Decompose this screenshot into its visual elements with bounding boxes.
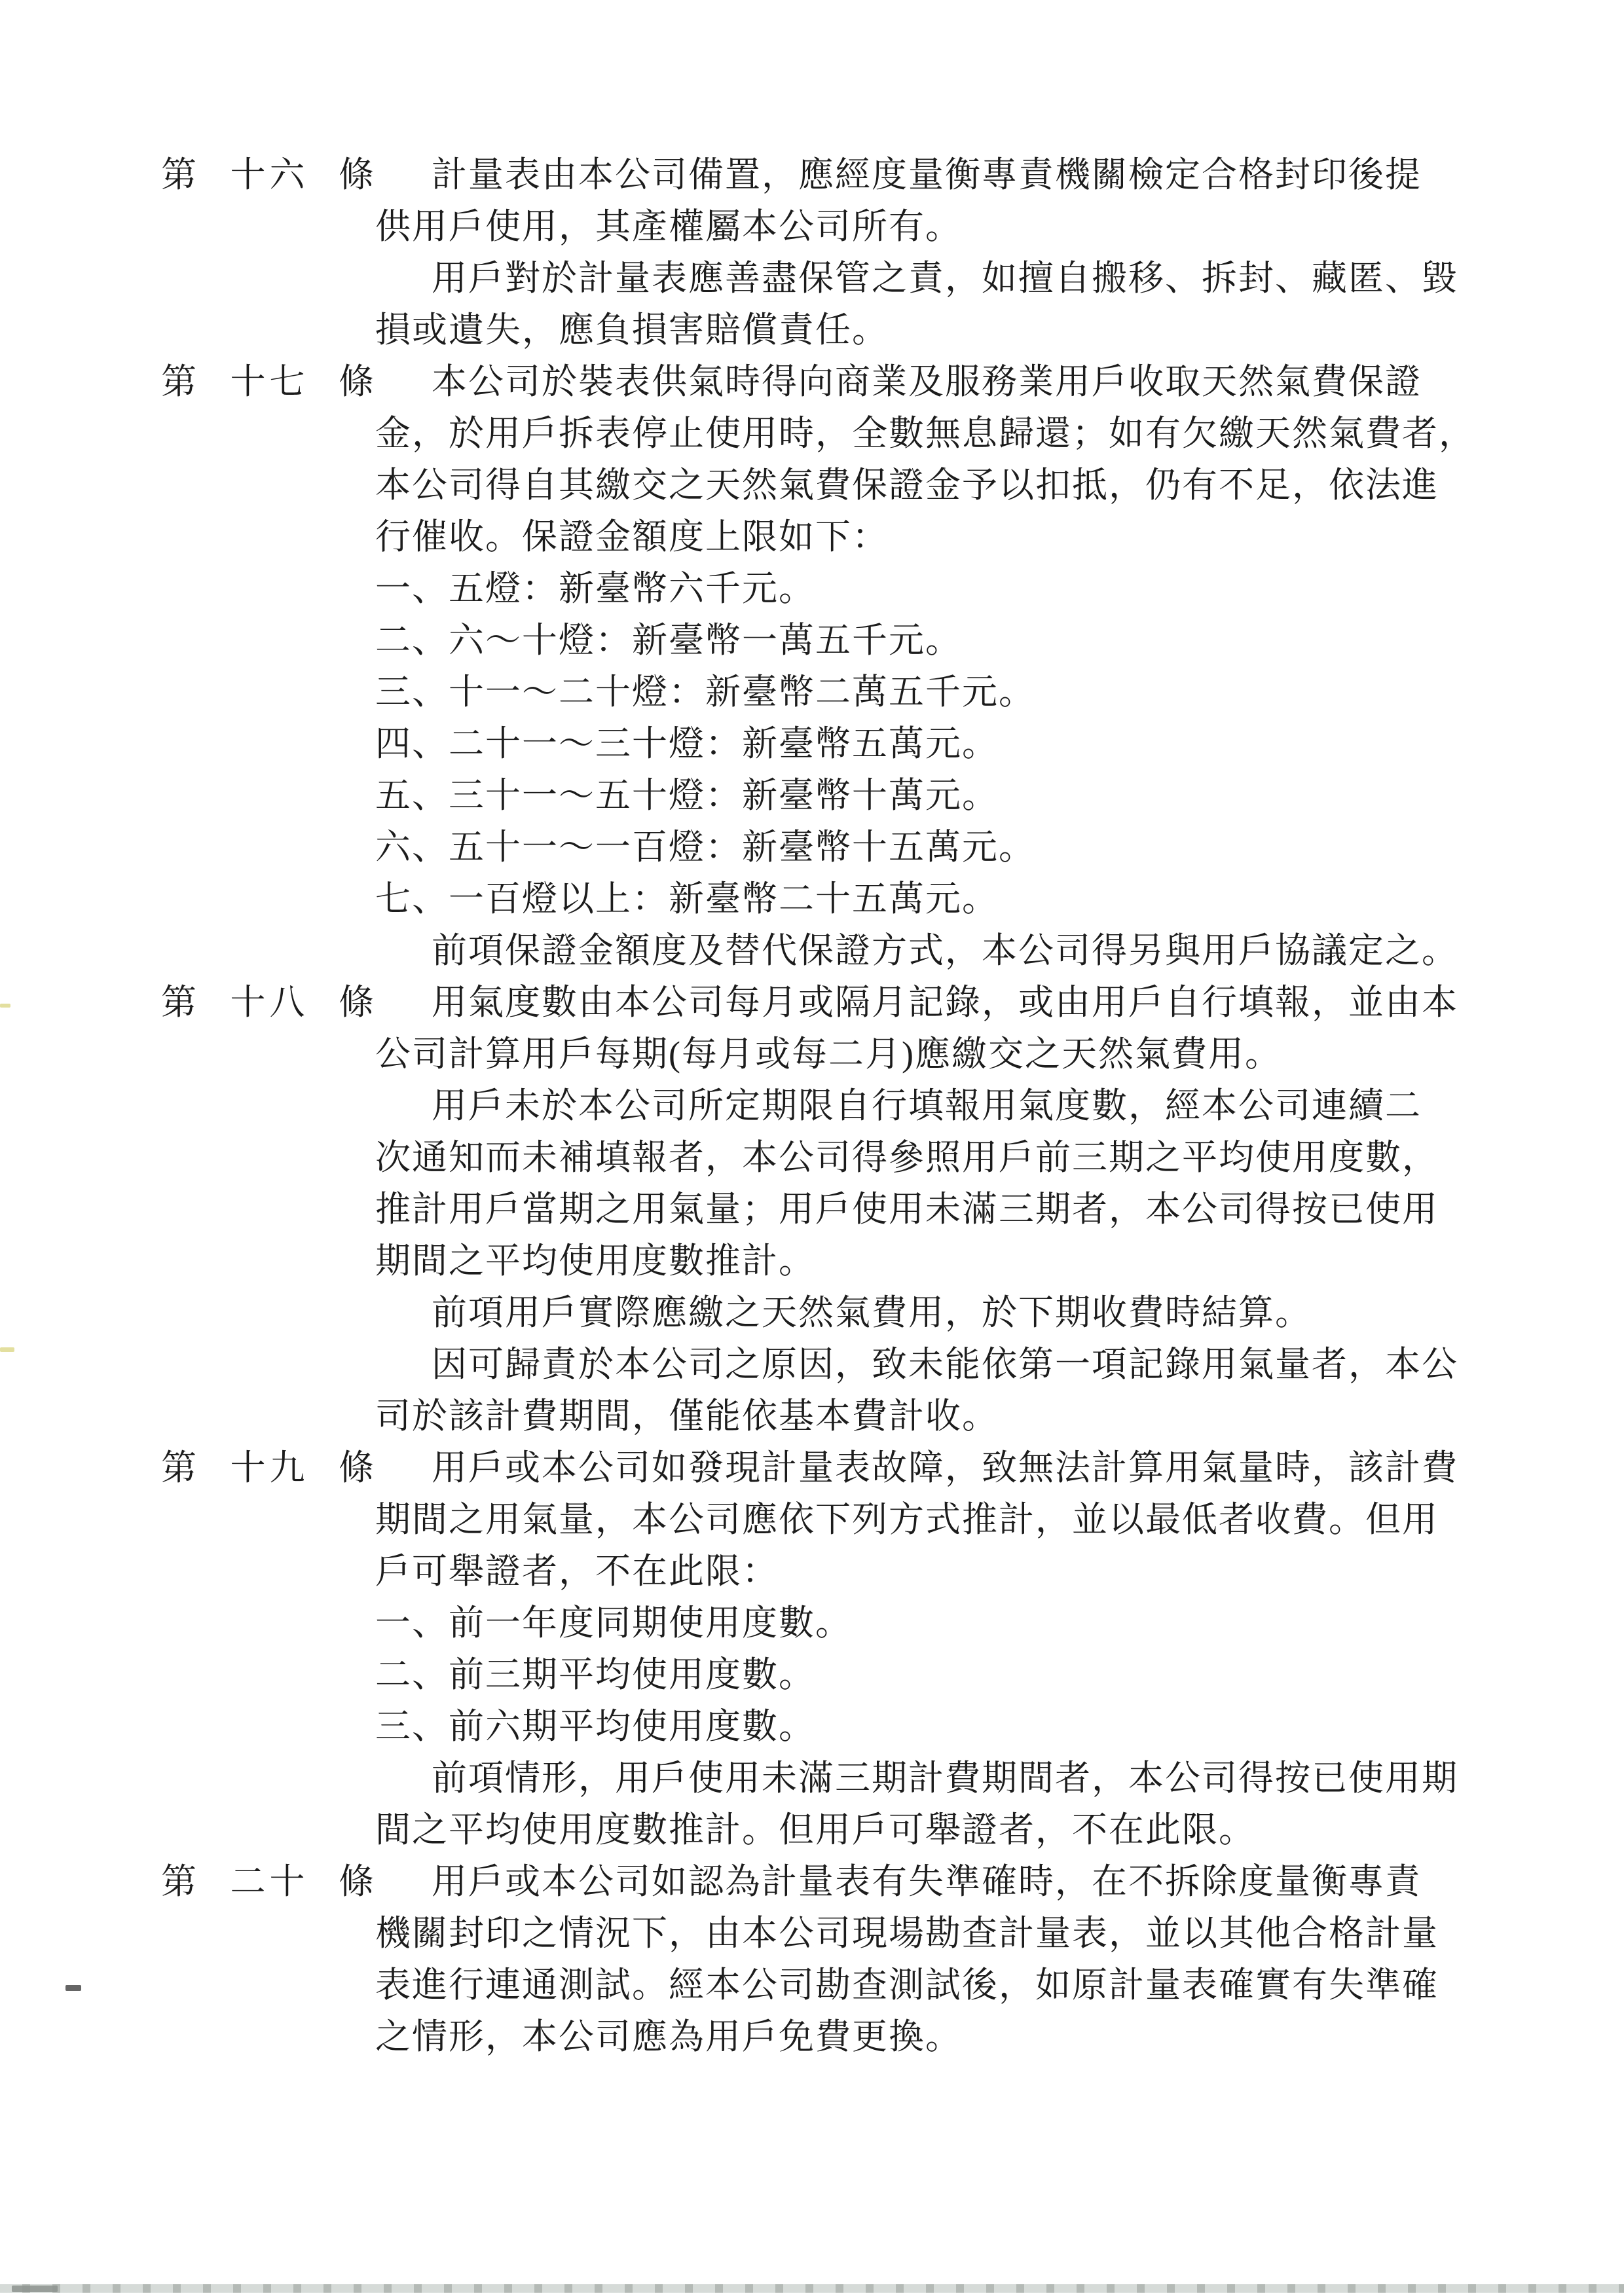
text-line: 機關封印之情況下，由本公司現場勘查計量表，並以其他合格計量 (0, 1908, 1624, 1959)
text-line: 用戶對於計量表應善盡保管之責，如擅自搬移、拆封、藏匿、毀 (0, 253, 1624, 304)
line-text: 本公司於裝表供氣時得向商業及服務業用戶收取天然氣費保證 (432, 356, 1422, 408)
line-text: 用戶對於計量表應善盡保管之責，如擅自搬移、拆封、藏匿、毀 (432, 253, 1458, 304)
scan-noise-band (0, 2284, 1624, 2293)
line-text: 前項保證金額度及替代保證方式，本公司得另與用戶協議定之。 (432, 925, 1458, 977)
line-text: 戶可舉證者，不在此限： (375, 1546, 779, 1597)
page: 第 十六 條計量表由本公司備置，應經度量衡專責機關檢定合格封印後提 供用戶使用，… (0, 0, 1624, 2296)
line-text: 用戶或本公司如認為計量表有失準確時，在不拆除度量衡專責 (432, 1856, 1422, 1908)
line-text: 一、五燈：新臺幣六千元。 (375, 563, 815, 615)
article-label: 第 十八 條 (161, 977, 378, 1029)
article-label: 第 二十 條 (161, 1856, 378, 1908)
line-text: 計量表由本公司備置，應經度量衡專責機關檢定合格封印後提 (432, 149, 1422, 201)
text-line: 行催收。保證金額度上限如下： (0, 511, 1624, 563)
text-line: 表進行連通測試。經本公司勘查測試後，如原計量表確實有失準確 (0, 1959, 1624, 2011)
line-text: 用氣度數由本公司每月或隔月記錄，或由用戶自行填報，並由本 (432, 977, 1458, 1029)
text-line: 戶可舉證者，不在此限： (0, 1546, 1624, 1597)
list-item: 三、前六期平均使用度數。 (0, 1701, 1624, 1753)
list-item: 二、六～十燈：新臺幣一萬五千元。 (0, 615, 1624, 666)
line-text: 前項用戶實際應繳之天然氣費用，於下期收費時結算。 (432, 1287, 1312, 1339)
list-item: 二、前三期平均使用度數。 (0, 1649, 1624, 1701)
line-text: 期間之平均使用度數推計。 (375, 1235, 815, 1287)
text-line: 期間之平均使用度數推計。 (0, 1235, 1624, 1287)
text-line: 第 十七 條本公司於裝表供氣時得向商業及服務業用戶收取天然氣費保證 (0, 356, 1624, 408)
line-text: 供用戶使用，其產權屬本公司所有。 (375, 201, 962, 253)
line-text: 四、二十一～三十燈：新臺幣五萬元。 (375, 718, 999, 770)
text-line: 供用戶使用，其產權屬本公司所有。 (0, 201, 1624, 253)
text-line: 公司計算用戶每期(每月或每二月)應繳交之天然氣費用。 (0, 1029, 1624, 1080)
line-text: 七、一百燈以上：新臺幣二十五萬元。 (375, 873, 999, 925)
line-text: 六、五十一～一百燈：新臺幣十五萬元。 (375, 822, 1035, 873)
line-text: 間之平均使用度數推計。但用戶可舉證者，不在此限。 (375, 1804, 1255, 1856)
text-line: 之情形，本公司應為用戶免費更換。 (0, 2011, 1624, 2063)
text-line: 間之平均使用度數推計。但用戶可舉證者，不在此限。 (0, 1804, 1624, 1856)
line-text: 司於該計費期間，僅能依基本費計收。 (375, 1391, 999, 1442)
text-line: 第 十八 條用氣度數由本公司每月或隔月記錄，或由用戶自行填報，並由本 (0, 977, 1624, 1029)
list-item: 一、五燈：新臺幣六千元。 (0, 563, 1624, 615)
text-line: 推計用戶當期之用氣量；用戶使用未滿三期者，本公司得按已使用 (0, 1184, 1624, 1235)
text-line: 司於該計費期間，僅能依基本費計收。 (0, 1391, 1624, 1442)
line-text: 因可歸責於本公司之原因，致未能依第一項記錄用氣量者，本公 (432, 1339, 1458, 1391)
text-line: 第 十九 條用戶或本公司如發現計量表故障，致無法計算用氣量時，該計費 (0, 1442, 1624, 1494)
list-item: 四、二十一～三十燈：新臺幣五萬元。 (0, 718, 1624, 770)
text-line: 前項保證金額度及替代保證方式，本公司得另與用戶協議定之。 (0, 925, 1624, 977)
scan-artifact (0, 1347, 14, 1352)
list-item: 三、十一～二十燈：新臺幣二萬五千元。 (0, 666, 1624, 718)
text-line: 損或遺失，應負損害賠償責任。 (0, 304, 1624, 356)
line-text: 機關封印之情況下，由本公司現場勘查計量表，並以其他合格計量 (375, 1908, 1439, 1959)
line-text: 二、六～十燈：新臺幣一萬五千元。 (375, 615, 962, 666)
text-line: 前項情形，用戶使用未滿三期計費期間者，本公司得按已使用期 (0, 1753, 1624, 1804)
article-label: 第 十七 條 (161, 356, 378, 408)
line-text: 二、前三期平均使用度數。 (375, 1649, 815, 1701)
line-text: 金，於用戶拆表停止使用時，全數無息歸還；如有欠繳天然氣費者， (375, 408, 1475, 460)
document-text: 第 十六 條計量表由本公司備置，應經度量衡專責機關檢定合格封印後提 供用戶使用，… (0, 149, 1624, 2063)
line-text: 表進行連通測試。經本公司勘查測試後，如原計量表確實有失準確 (375, 1959, 1439, 2011)
text-line: 用戶未於本公司所定期限自行填報用氣度數，經本公司連續二 (0, 1080, 1624, 1132)
line-text: 三、十一～二十燈：新臺幣二萬五千元。 (375, 666, 1035, 718)
scan-artifact (12, 2286, 58, 2292)
line-text: 一、前一年度同期使用度數。 (375, 1597, 852, 1649)
article-label: 第 十六 條 (161, 149, 378, 201)
scan-artifact (65, 1985, 81, 1991)
text-line: 金，於用戶拆表停止使用時，全數無息歸還；如有欠繳天然氣費者， (0, 408, 1624, 460)
line-text: 之情形，本公司應為用戶免費更換。 (375, 2011, 962, 2063)
line-text: 五、三十一～五十燈：新臺幣十萬元。 (375, 770, 999, 822)
line-text: 用戶或本公司如發現計量表故障，致無法計算用氣量時，該計費 (432, 1442, 1458, 1494)
line-text: 次通知而未補填報者，本公司得參照用戶前三期之平均使用度數， (375, 1132, 1439, 1184)
text-line: 期間之用氣量，本公司應依下列方式推計，並以最低者收費。但用 (0, 1494, 1624, 1546)
article-label: 第 十九 條 (161, 1442, 378, 1494)
line-text: 期間之用氣量，本公司應依下列方式推計，並以最低者收費。但用 (375, 1494, 1439, 1546)
scan-artifact (0, 1004, 10, 1008)
list-item: 一、前一年度同期使用度數。 (0, 1597, 1624, 1649)
line-text: 用戶未於本公司所定期限自行填報用氣度數，經本公司連續二 (432, 1080, 1422, 1132)
text-line: 次通知而未補填報者，本公司得參照用戶前三期之平均使用度數， (0, 1132, 1624, 1184)
line-text: 前項情形，用戶使用未滿三期計費期間者，本公司得按已使用期 (432, 1753, 1458, 1804)
line-text: 損或遺失，應負損害賠償責任。 (375, 304, 889, 356)
line-text: 公司計算用戶每期(每月或每二月)應繳交之天然氣費用。 (375, 1029, 1282, 1080)
text-line: 本公司得自其繳交之天然氣費保證金予以扣抵，仍有不足，依法進 (0, 460, 1624, 511)
list-item: 七、一百燈以上：新臺幣二十五萬元。 (0, 873, 1624, 925)
text-line: 前項用戶實際應繳之天然氣費用，於下期收費時結算。 (0, 1287, 1624, 1339)
line-text: 推計用戶當期之用氣量；用戶使用未滿三期者，本公司得按已使用 (375, 1184, 1439, 1235)
line-text: 本公司得自其繳交之天然氣費保證金予以扣抵，仍有不足，依法進 (375, 460, 1439, 511)
line-text: 行催收。保證金額度上限如下： (375, 511, 889, 563)
text-line: 因可歸責於本公司之原因，致未能依第一項記錄用氣量者，本公 (0, 1339, 1624, 1391)
text-line: 第 二十 條用戶或本公司如認為計量表有失準確時，在不拆除度量衡專責 (0, 1856, 1624, 1908)
list-item: 六、五十一～一百燈：新臺幣十五萬元。 (0, 822, 1624, 873)
text-line: 第 十六 條計量表由本公司備置，應經度量衡專責機關檢定合格封印後提 (0, 149, 1624, 201)
line-text: 三、前六期平均使用度數。 (375, 1701, 815, 1753)
list-item: 五、三十一～五十燈：新臺幣十萬元。 (0, 770, 1624, 822)
